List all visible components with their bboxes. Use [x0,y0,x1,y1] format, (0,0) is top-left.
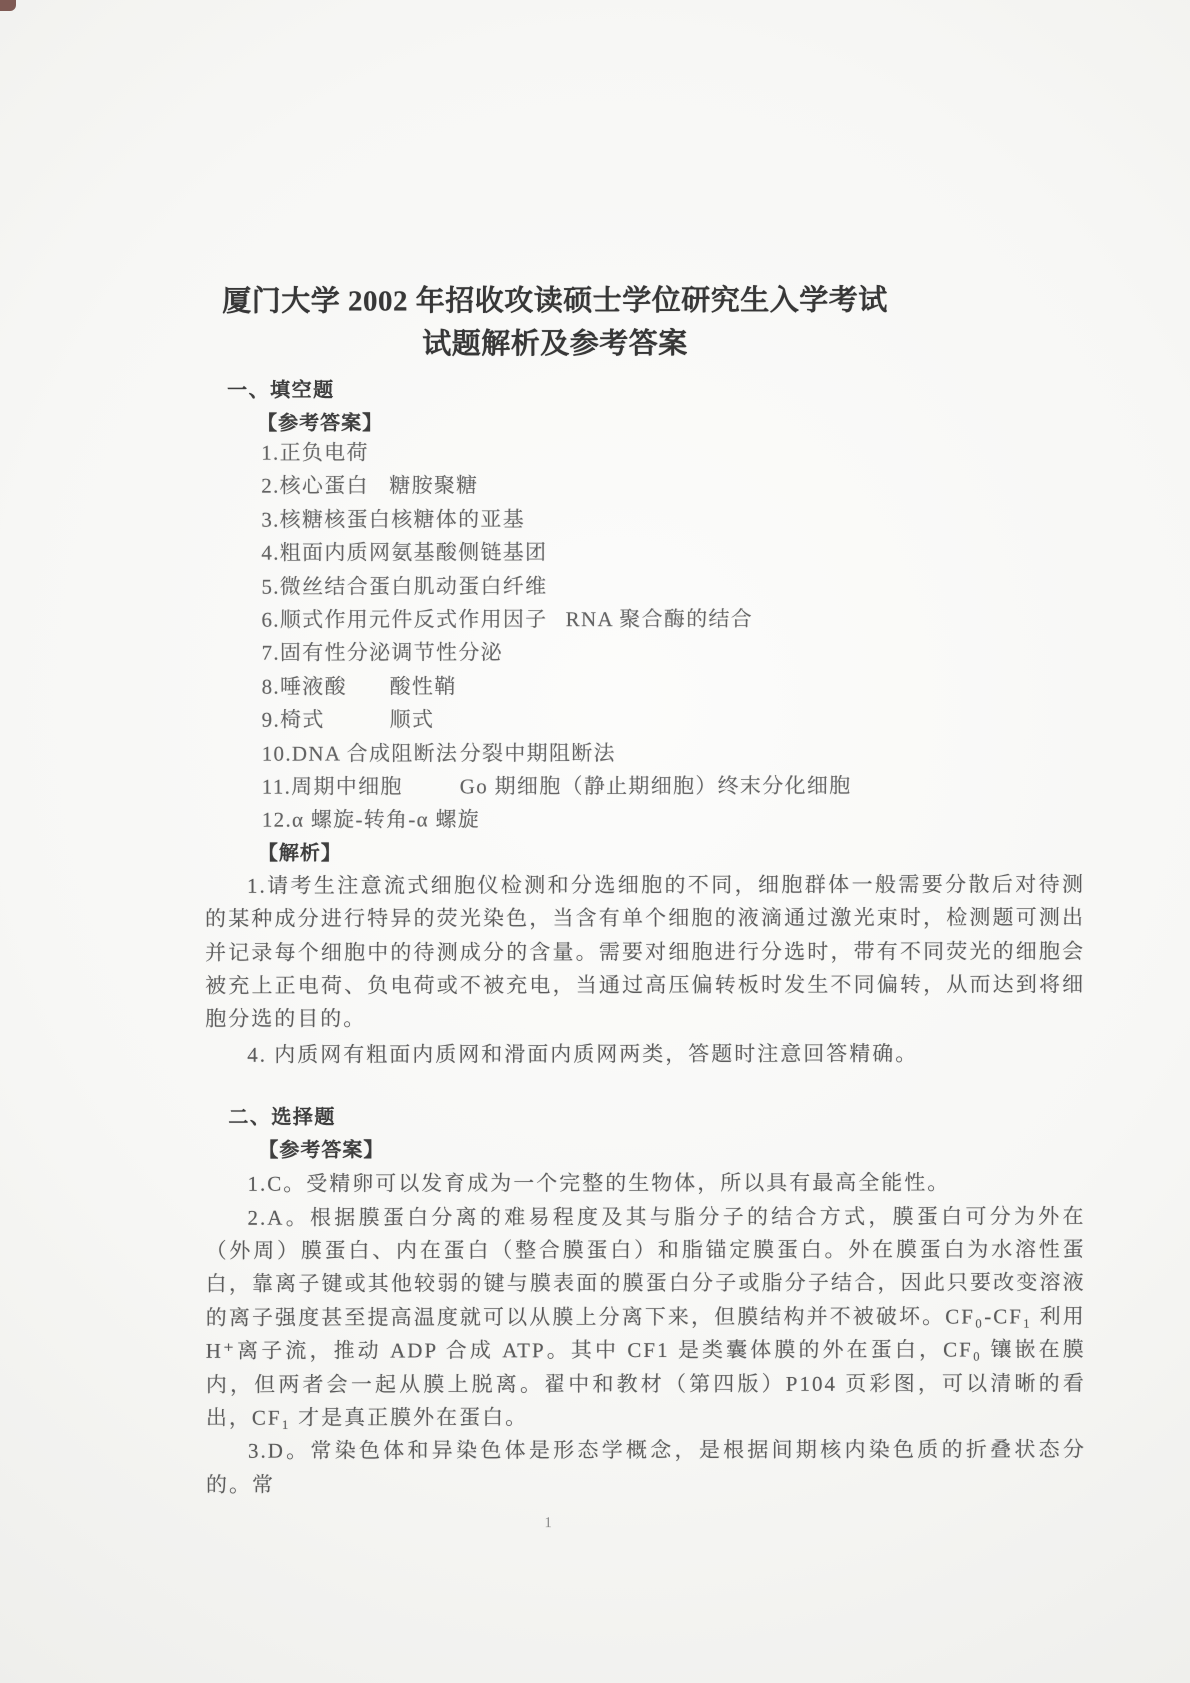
item-col3: RNA 聚合酶的结合 [566,607,753,631]
item-col1: 9.椅式 [262,704,390,738]
fill-in-item-2: 2.核心蛋白糖胺聚糖 [261,469,1084,504]
item-col1: 5.微丝结合蛋白 [261,570,413,604]
item-col2: 酸性鞘 [390,670,542,704]
fill-in-item-10: 10.DNA 合成阻断法分裂中期阻断法 [262,736,1085,771]
item-col2: 肌动蛋白纤维 [414,570,566,604]
item-col1: 6.顺式作用元件 [261,603,413,637]
analysis-paragraph-1: 1.请考生注意流式细胞仪检测和分选细胞的不同，细胞群体一般需要分散后对待测的某种… [205,868,1085,1037]
item-col1: 11.周期中细胞 [262,770,460,804]
fill-in-answer-list: 1.正负电荷 2.核心蛋白糖胺聚糖 3.核糖核蛋白核糖体的亚基 4.粗面内质网氨… [261,435,1085,837]
section1-heading: 一、填空题 [227,377,1084,402]
item-col2: 反式作用因子 [414,603,566,637]
choice-answer-2: 2.A。根据膜蛋白分离的难易程度及其与脂分子的结合方式，膜蛋白可分为外在（外周）… [206,1200,1086,1435]
fill-in-item-3: 3.核糖核蛋白核糖体的亚基 [261,502,1084,537]
fill-in-item-9: 9.椅式顺式 [262,702,1085,737]
item-col1: 2.核心蛋白 [261,470,389,504]
item-col2: 顺式 [390,703,542,737]
fill-in-item-4: 4.粗面内质网氨基酸侧链基团 [261,535,1084,570]
choice-answer-1: 1.C。受精卵可以发育成为一个完整的生物体，所以具有最高全能性。 [205,1166,1085,1201]
section2-ref-answer-label: 【参考答案】 [258,1136,1085,1163]
fill-in-item-8: 8.唾液酸酸性鞘 [262,669,1085,704]
item-col1: 12.α 螺旋-转角-α 螺旋 [262,804,480,838]
section2-heading: 二、选择题 [228,1104,1085,1129]
item-col1: 7.固有性分泌 [262,637,392,671]
item-col2: 氨基酸侧链基团 [391,536,547,570]
item-col1: 4.粗面内质网 [261,537,391,571]
fill-in-item-5: 5.微丝结合蛋白肌动蛋白纤维 [261,569,1084,604]
item-col1: 3.核糖核蛋白 [261,503,391,537]
fill-in-item-6: 6.顺式作用元件反式作用因子RNA 聚合酶的结合 [261,602,1084,637]
fill-in-item-7: 7.固有性分泌调节性分泌 [262,636,1085,671]
section1-analysis-label: 【解析】 [258,839,1085,866]
item-col2: 核糖体的亚基 [391,503,543,537]
item-col2: 糖胺聚糖 [389,470,541,504]
item-col1: 10.DNA 合成阻断法 [262,737,460,771]
page-content: 厦门大学 2002 年招收攻读硕士学位研究生入学考试 试题解析及参考答案 一、填… [204,279,1086,1533]
item-col1: 8.唾液酸 [262,670,390,704]
item-col2: 调节性分泌 [391,637,543,671]
fill-in-item-1: 1.正负电荷 [261,435,1084,470]
title-line-2: 试题解析及参考答案 [115,322,995,367]
document-title: 厦门大学 2002 年招收攻读硕士学位研究生入学考试 试题解析及参考答案 [115,279,995,367]
item-col2: Go 期细胞（静止期细胞） [460,770,718,804]
page-number: 1 [108,1515,988,1534]
section1-ref-answer-label: 【参考答案】 [257,409,1084,436]
analysis-paragraph-4: 4. 内质网有粗面内质网和滑面内质网两类，答题时注意回答精确。 [205,1037,1085,1072]
fill-in-item-11: 11.周期中细胞Go 期细胞（静止期细胞）终末分化细胞 [262,769,1085,804]
item-col1: 1.正负电荷 [261,436,389,470]
title-line-1: 厦门大学 2002 年招收攻读硕士学位研究生入学考试 [115,279,995,324]
scan-corner-artifact [0,0,16,11]
item-col3: 终末分化细胞 [718,774,852,798]
fill-in-item-12: 12.α 螺旋-转角-α 螺旋 [262,803,1085,838]
item-col2: 分裂中期阻断法 [460,737,616,771]
choice-answer-3: 3.D。常染色体和异染色体是形态学概念，是根据间期核内染色质的折叠状态分的。常 [206,1434,1086,1502]
document-page: 厦门大学 2002 年招收攻读硕士学位研究生入学考试 试题解析及参考答案 一、填… [0,0,1190,1683]
